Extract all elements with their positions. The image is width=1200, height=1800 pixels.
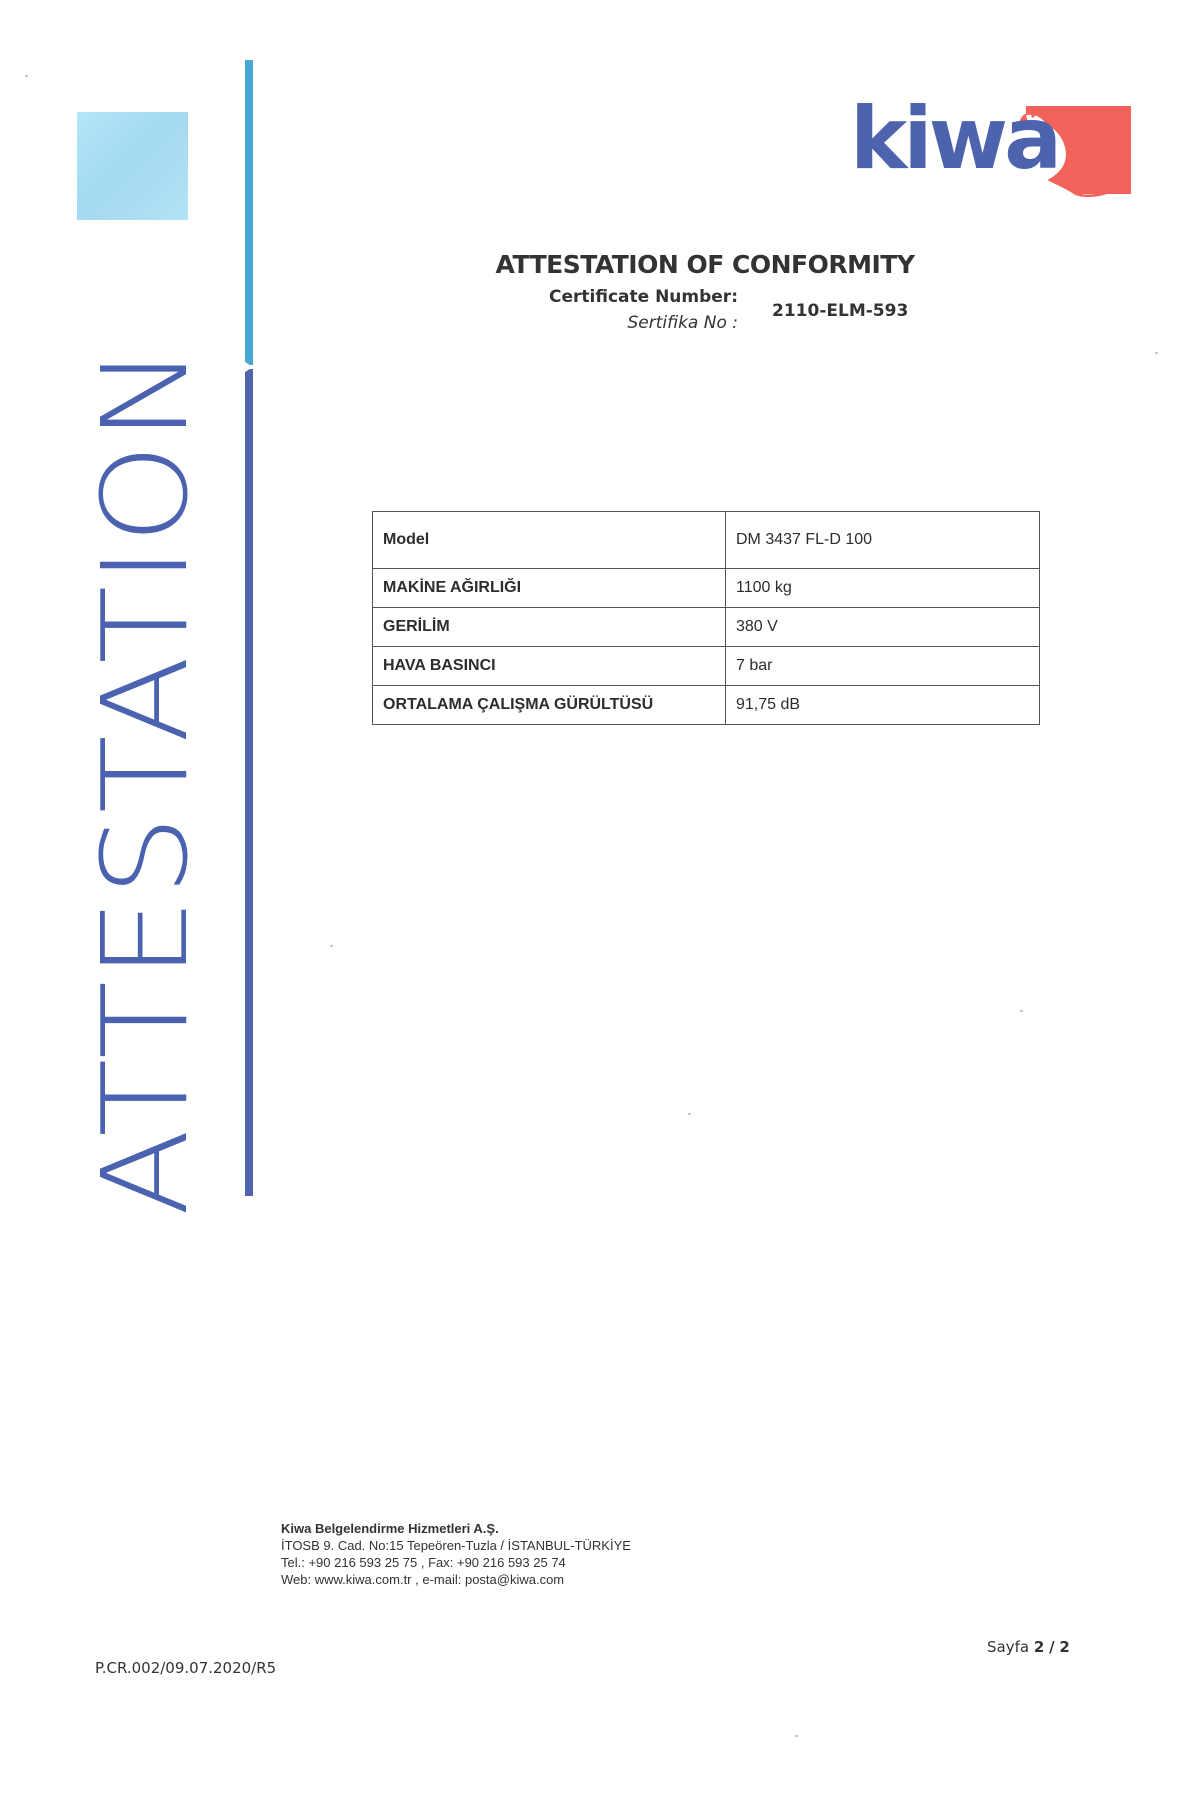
page-indicator: Sayfa 2 / 2 <box>987 1638 1070 1656</box>
spec-key: GERİLİM <box>373 608 726 647</box>
company-web: Web: www.kiwa.com.tr , e-mail: posta@kiw… <box>281 1571 631 1588</box>
accent-bar-top <box>245 60 253 365</box>
spec-value: 1100 kg <box>726 569 1040 608</box>
page-label: Sayfa <box>987 1638 1029 1656</box>
page-separator: / <box>1049 1638 1054 1656</box>
table-row: GERİLİM 380 V <box>373 608 1040 647</box>
scan-speck <box>795 1735 798 1737</box>
document-title: ATTESTATION OF CONFORMITY <box>480 250 930 279</box>
side-banner-word: ATTESTATION <box>86 376 204 1184</box>
spec-key: HAVA BASINCI <box>373 647 726 686</box>
side-banner-text: ATTESTATION <box>86 344 204 1216</box>
certificate-number-label: Certificate Number: <box>549 287 738 307</box>
page-current: 2 <box>1034 1638 1044 1656</box>
table-row: HAVA BASINCI 7 bar <box>373 647 1040 686</box>
spec-value: DM 3437 FL-D 100 <box>726 512 1040 569</box>
spec-value: 380 V <box>726 608 1040 647</box>
company-street: İTOSB 9. Cad. No:15 Tepeören-Tuzla / İST… <box>281 1537 631 1554</box>
company-name: Kiwa Belgelendirme Hizmetleri A.Ş. <box>281 1520 631 1537</box>
spec-table: Model DM 3437 FL-D 100 MAKİNE AĞIRLIĞI 1… <box>372 511 1040 725</box>
scan-speck <box>25 75 28 77</box>
certificate-number-label-tr: Sertifika No : <box>627 313 738 333</box>
spec-key: MAKİNE AĞIRLIĞI <box>373 569 726 608</box>
scan-speck <box>1155 352 1158 354</box>
page-total: 2 <box>1059 1638 1069 1656</box>
hologram-sticker <box>77 112 188 220</box>
spec-value: 91,75 dB <box>726 686 1040 725</box>
logo-wordmark: kiwa <box>850 96 1058 182</box>
scan-speck <box>1020 1010 1023 1012</box>
table-row: ORTALAMA ÇALIŞMA GÜRÜLTÜSÜ 91,75 dB <box>373 686 1040 725</box>
scan-speck <box>688 1113 691 1115</box>
company-phone: Tel.: +90 216 593 25 75 , Fax: +90 216 5… <box>281 1554 631 1571</box>
kiwa-logo: kiwa <box>850 100 1135 200</box>
table-row: Model DM 3437 FL-D 100 <box>373 512 1040 569</box>
spec-value: 7 bar <box>726 647 1040 686</box>
accent-bar-notch <box>245 362 253 372</box>
accent-bar-bottom <box>245 369 253 1196</box>
company-address: Kiwa Belgelendirme Hizmetleri A.Ş. İTOSB… <box>281 1520 631 1588</box>
certificate-number: 2110-ELM-593 <box>772 301 908 321</box>
form-code: P.CR.002/09.07.2020/R5 <box>95 1659 276 1677</box>
spec-key: ORTALAMA ÇALIŞMA GÜRÜLTÜSÜ <box>373 686 726 725</box>
table-row: MAKİNE AĞIRLIĞI 1100 kg <box>373 569 1040 608</box>
spec-key: Model <box>373 512 726 569</box>
scan-speck <box>330 945 333 947</box>
